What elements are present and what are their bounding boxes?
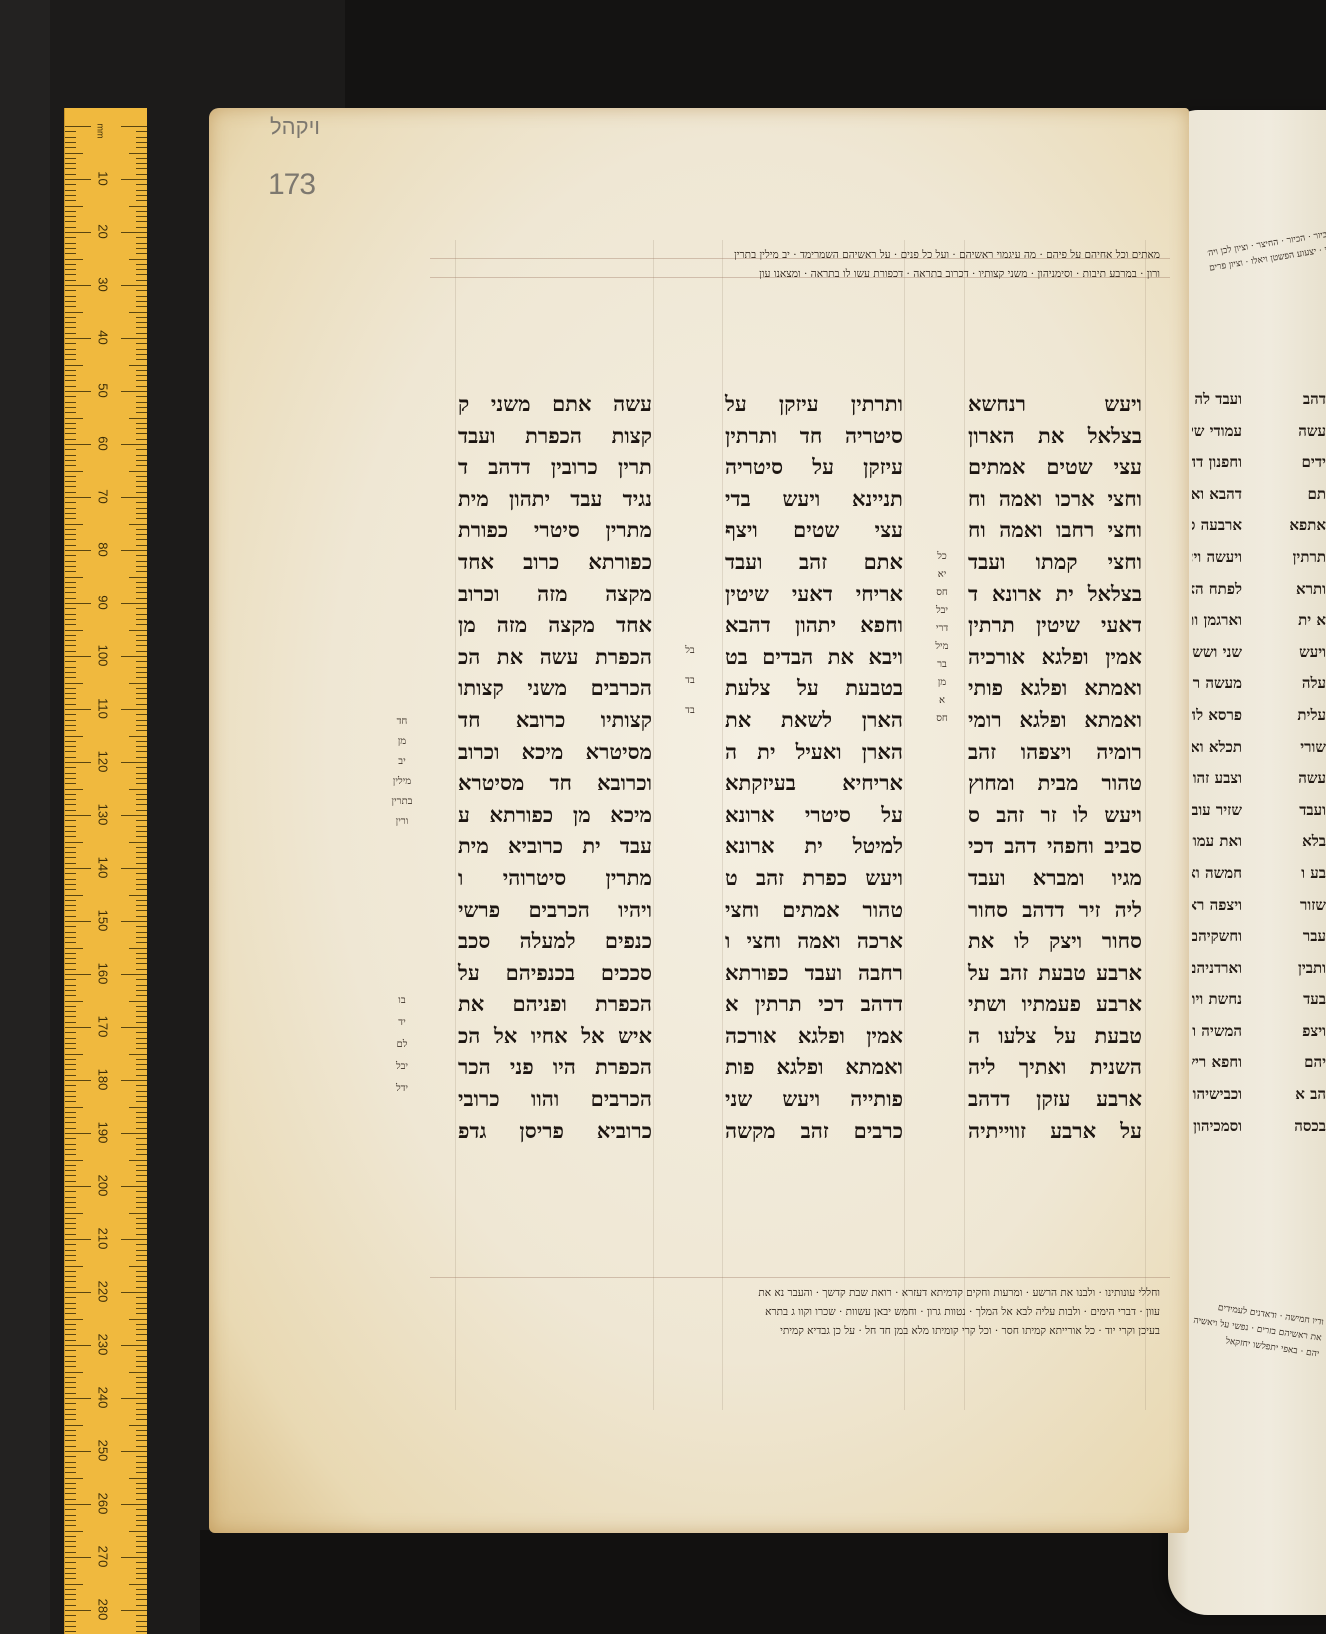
ruler-tick: [65, 910, 76, 911]
ruler-tick: [136, 640, 147, 641]
ruler-tick: [136, 349, 147, 350]
ruler-tick: [65, 227, 76, 228]
ruler-tick: [136, 216, 147, 217]
ruler-tick: [136, 831, 147, 832]
ruler-tick: [136, 863, 147, 864]
ruler-tick: [65, 778, 76, 779]
ruler-tick: [65, 1064, 76, 1065]
text-line: כרוביא פריסן גדפ: [458, 1115, 652, 1147]
ruling-line: [455, 240, 456, 1410]
ruling-line: [964, 240, 965, 1410]
ruler-tick: [136, 200, 147, 201]
ruler-tick: [136, 720, 147, 721]
masora-magna-bottom: וחללי עונותינו · ולבנו את הרשע · ומרעות …: [440, 1284, 1160, 1341]
ruler-tick: [136, 932, 147, 933]
ruler-tick: [136, 778, 147, 779]
ruler-tick: [136, 502, 147, 503]
ruler-tick: [65, 767, 76, 768]
ruler-label: 110: [96, 689, 111, 729]
ruler-tick: [136, 852, 147, 853]
ruler-tick: [65, 312, 83, 313]
margin-notes-middle-gutter: בלבדבד: [670, 636, 710, 726]
ruler-tick: [136, 1414, 147, 1415]
ruler-tick: [65, 365, 83, 366]
margin-note: יבל: [922, 602, 962, 620]
ruler-tick: [65, 529, 76, 530]
text-line: תניינא ויעש בדי: [725, 483, 903, 515]
ruler-tick: [65, 1276, 76, 1277]
ruler-tick: [65, 232, 91, 233]
ruler-tick: [65, 1032, 76, 1033]
ruler-tick: [136, 359, 147, 360]
ruler-tick: [136, 486, 147, 487]
ruler-tick: [65, 714, 76, 715]
ruler-tick: [136, 1515, 147, 1516]
ruler-tick: [65, 725, 76, 726]
ruler-tick: [65, 380, 76, 381]
ruler-tick: [136, 1038, 147, 1039]
ruler-tick: [65, 200, 76, 201]
ruler-tick: [136, 1144, 147, 1145]
text-line: קצותיו כרובא חד: [458, 704, 652, 736]
ruler-tick: [136, 730, 147, 731]
ruler-tick: [65, 587, 76, 588]
ruler-tick: [65, 1493, 76, 1494]
ruler-tick: [65, 757, 76, 758]
ruler-tick: [65, 502, 76, 503]
ruler-tick: [65, 1048, 76, 1049]
ruler-tick: [65, 327, 76, 328]
ruler-tick: [65, 158, 76, 159]
ruler-tick: [65, 1101, 76, 1102]
ruler-tick: [136, 651, 147, 652]
ruler-tick: [136, 1149, 147, 1150]
ruler-tick: [65, 290, 76, 291]
ruler-tick: [136, 990, 147, 991]
ruler-tick: [65, 1462, 76, 1463]
ruler-tick: [65, 423, 76, 424]
ruler-tick: [65, 1313, 76, 1314]
ruler-tick: [65, 1266, 83, 1267]
ruler-tick: [121, 126, 147, 127]
ruler-tick: [65, 688, 76, 689]
ruler-tick: [136, 810, 147, 811]
text-line: ויעש לו זר זהב ס: [968, 799, 1142, 831]
ruler-tick: [136, 237, 147, 238]
margin-note: מילין: [372, 772, 432, 792]
ruler-tick: [65, 391, 91, 392]
ruler-tick: [121, 1292, 147, 1293]
text-line: אמין ופלגא אורכיה: [968, 641, 1142, 673]
margin-note: חד: [372, 712, 432, 732]
masora-line: וחללי עונותינו · ולבנו את הרשע · ומרעות …: [440, 1284, 1160, 1303]
ruler-tick: [65, 1520, 76, 1521]
ruler-tick: [65, 1069, 76, 1070]
ruler-tick: [121, 1345, 147, 1346]
dark-cloth-edge: [0, 0, 50, 1634]
ruler-tick: [65, 789, 83, 790]
ruler-tick: [65, 412, 76, 413]
ruler-tick: [65, 1329, 76, 1330]
ruler-tick: [65, 471, 83, 472]
text-line: ארבע פעמתיו ושתי: [968, 988, 1142, 1020]
ruler-tick: [65, 879, 76, 880]
text-line: שזור: [1290, 890, 1326, 922]
ruler-tick: [65, 1578, 76, 1579]
ruler-tick: [65, 168, 76, 169]
text-column-right: ויעש רנחשאבצלאל את הארוןעצי שטים אמתיםוח…: [968, 388, 1142, 1146]
ruler-tick: [65, 561, 76, 562]
ruler-tick: [121, 709, 147, 710]
text-line: ועבד לה ארבע: [1192, 384, 1242, 416]
text-line: שזיר עובד: [1192, 795, 1242, 827]
ruler-tick: [65, 1175, 76, 1176]
ruler-tick: [65, 1377, 76, 1378]
text-line: אריחיא בעיזקתא: [725, 767, 903, 799]
ruler-tick: [65, 333, 76, 334]
ruler-tick: [65, 566, 76, 567]
ruler-tick: [65, 603, 91, 604]
ruler-tick: [129, 842, 147, 843]
ruler-tick: [136, 1483, 147, 1484]
text-line: טהור מבית ומחוץ: [968, 767, 1142, 799]
ruler-tick: [136, 1366, 147, 1367]
ruler-tick: [129, 418, 147, 419]
ruler-tick: [65, 1303, 76, 1304]
text-line: עשה אתם משני ק: [458, 388, 652, 420]
ruler-tick: [65, 672, 76, 673]
ruler-tick: [65, 539, 76, 540]
text-line: וארגמן ותולעת: [1192, 605, 1242, 637]
ruler-tick: [65, 842, 83, 843]
ruler-tick: [65, 444, 91, 445]
text-line: אחד מקצה מזה מן: [458, 609, 652, 641]
masora-line: בעיכן וקרי יוד · כל אורייתא קמיתו חסר · …: [440, 1322, 1160, 1341]
ruler-tick: [121, 1239, 147, 1240]
ruler-tick: [136, 555, 147, 556]
ruler-tick: [65, 1324, 76, 1325]
ruler-tick: [136, 1091, 147, 1092]
ruler-tick: [136, 635, 147, 636]
ruler-tick: [121, 497, 147, 498]
text-line: נגיד עבד יתהון מית: [458, 483, 652, 515]
ruler-tick: [136, 1599, 147, 1600]
ruler-tick: [136, 598, 147, 599]
ruler-tick: [136, 1281, 147, 1282]
ruler-tick: [136, 979, 147, 980]
ruler-tick: [65, 259, 83, 260]
ruler-tick: [65, 1271, 76, 1272]
ruler-tick: [65, 1446, 76, 1447]
ruler-label: 50: [96, 371, 111, 411]
ruler-tick: [136, 343, 147, 344]
ruler-tick: [65, 1016, 76, 1017]
text-line: איש אל אחיו אל הכ: [458, 1020, 652, 1052]
ruler-tick: [65, 1197, 76, 1198]
ruler-tick: [136, 1340, 147, 1341]
ruler-tick: [136, 836, 147, 837]
text-column-middle: ותרתין עיזקן עלסיטריה חד ותרתיןעיזקן על …: [725, 388, 903, 1146]
ruler-tick: [136, 539, 147, 540]
ruler-tick: [136, 1377, 147, 1378]
ruler-label: 80: [96, 530, 111, 570]
ruler-tick: [65, 1536, 76, 1537]
ruler-tick: [136, 1117, 147, 1118]
ruler-tick: [129, 153, 147, 154]
ruler-tick: [121, 1451, 147, 1452]
ruler-tick: [136, 1048, 147, 1049]
ruler-tick: [65, 269, 76, 270]
ruler-tick: [65, 1308, 76, 1309]
ruler-tick: [136, 174, 147, 175]
ruler-tick: [65, 497, 91, 498]
ruler-tick: [65, 375, 76, 376]
ruler-tick: [136, 953, 147, 954]
text-line: סככים בכנפיהם על: [458, 957, 652, 989]
ruler-tick: [65, 868, 91, 869]
ruler-tick: [65, 439, 76, 440]
ruler-tick: [136, 688, 147, 689]
ruler-tick: [136, 693, 147, 694]
ruler-tick: [65, 645, 76, 646]
ruler-tick: [65, 958, 76, 959]
ruler-label: 170: [96, 1007, 111, 1047]
ruler-tick: [65, 513, 76, 514]
ruler-tick: [65, 1054, 83, 1055]
text-line: ארבעה סמכין: [1192, 510, 1242, 542]
ruler-tick: [65, 1022, 76, 1023]
text-line: הכפרת עשה את הכ: [458, 641, 652, 673]
text-line: מקצה מזה וכרוב: [458, 578, 652, 610]
ruler-tick: [65, 243, 76, 244]
text-line: נחשת וית: [1192, 984, 1242, 1016]
ruler-tick: [129, 1478, 147, 1479]
ruler-tick: [65, 465, 76, 466]
text-line: רומיה ויצפהו זהב: [968, 736, 1142, 768]
margin-note: מן: [922, 674, 962, 692]
masora-magna-top: מאתים וכל אחיהם על פיהם · מה עיגמוי ראשי…: [440, 246, 1160, 284]
ruler-label: 10: [96, 159, 111, 199]
ruler-label: 70: [96, 477, 111, 517]
ruler-tick: [121, 338, 147, 339]
ruler-tick: [65, 1244, 76, 1245]
ruler-tick: [129, 736, 147, 737]
margin-note: לם: [372, 1034, 432, 1056]
ruler-label: 130: [96, 795, 111, 835]
ruler-tick: [65, 306, 76, 307]
ruler-tick: [65, 916, 76, 917]
ruler-tick: [65, 1191, 76, 1192]
ruler-label: 260: [96, 1484, 111, 1524]
ruler-tick: [65, 211, 76, 212]
text-line: סחור ויצק לו את: [968, 925, 1142, 957]
ruler-tick: [121, 1398, 147, 1399]
ruler-tick: [65, 163, 76, 164]
text-line: בצלאל ית ארונא ד: [968, 578, 1142, 610]
ruler-tick: [136, 534, 147, 535]
ruler-tick: [65, 216, 76, 217]
ruler-tick: [136, 1493, 147, 1494]
ruler-tick: [65, 1091, 76, 1092]
ruler-label: 100: [96, 636, 111, 676]
ruler-tick: [136, 402, 147, 403]
ruler-tick: [136, 958, 147, 959]
text-line: ארבע עזקן דדהב: [968, 1083, 1142, 1115]
ruler-tick: [129, 1213, 147, 1214]
ruler-tick: [65, 932, 76, 933]
ruler-tick: [136, 1350, 147, 1351]
ruler-tick: [65, 1292, 91, 1293]
ruler-tick: [65, 1488, 76, 1489]
ruler-tick: [136, 1075, 147, 1076]
ruler-tick: [136, 1578, 147, 1579]
ruler-label: 20: [96, 212, 111, 252]
ruler-tick: [136, 407, 147, 408]
ruler-tick: [65, 338, 91, 339]
ruler-tick: [136, 1223, 147, 1224]
ruler-tick: [136, 969, 147, 970]
text-line: עשה: [1290, 763, 1326, 795]
facing-text-column-b: דהבעשהידיםתםאתפאתרתיןותראא יתויעשעלהעלית…: [1290, 384, 1326, 1142]
margin-note: בו: [372, 990, 432, 1012]
ruler-tick: [65, 884, 76, 885]
ruler-tick: [65, 598, 76, 599]
ruler-tick: [65, 1239, 91, 1240]
ruler-tick: [136, 1128, 147, 1129]
ruler-tick: [136, 1621, 147, 1622]
ruler-tick: [136, 545, 147, 546]
text-line: כפורתא כרוב אחד: [458, 546, 652, 578]
text-line: תרתין: [1290, 542, 1326, 574]
ruler-tick: [136, 1409, 147, 1410]
ruler-tick: [136, 1435, 147, 1436]
ruler-tick: [65, 1250, 76, 1251]
ruler-tick: [65, 508, 76, 509]
ruler-tick: [136, 1430, 147, 1431]
ruler-tick: [136, 1589, 147, 1590]
text-line: הארן ואעיל ית ה: [725, 736, 903, 768]
ruler-tick: [136, 1329, 147, 1330]
ruler-tick: [65, 1515, 76, 1516]
ruler-label: 90: [96, 583, 111, 623]
text-line: ויעש: [1290, 637, 1326, 669]
text-line: טבעת על צלעו ה: [968, 1020, 1142, 1052]
ruler-tick: [65, 137, 76, 138]
ruler-tick: [136, 269, 147, 270]
text-line: וחצי רחבו ואמה וח: [968, 514, 1142, 546]
ruler-tick: [65, 296, 76, 297]
text-line: ליה זיר דדהב סחור: [968, 894, 1142, 926]
ruler-tick: [136, 1626, 147, 1627]
ruler-tick: [136, 1006, 147, 1007]
ruler-tick: [136, 190, 147, 191]
ruler-tick: [65, 1096, 76, 1097]
ruler-tick: [65, 831, 76, 832]
ruler-tick: [136, 741, 147, 742]
masora-line: עוון · דברי הימים · ולבות עליה לבא אל המ…: [440, 1303, 1160, 1322]
ruler-tick: [129, 1319, 147, 1320]
ruler-tick: [65, 826, 76, 827]
ruler-tick: [136, 566, 147, 567]
ruler-tick: [65, 693, 76, 694]
ruler-tick: [136, 163, 147, 164]
ruler-tick: [65, 481, 76, 482]
ruler-tick: [136, 396, 147, 397]
ruler-tick: [136, 1446, 147, 1447]
ruler-tick: [136, 1525, 147, 1526]
margin-note: כל: [922, 548, 962, 566]
ruler-tick: [136, 386, 147, 387]
ruler-tick: [121, 603, 147, 604]
ruler-tick: [65, 1228, 76, 1229]
ruler-tick: [65, 1340, 76, 1341]
ruler-tick: [136, 529, 147, 530]
ruler-tick: [65, 1472, 76, 1473]
ruler-tick: [65, 492, 76, 493]
ruling-line: [430, 1277, 1170, 1278]
ruler-tick: [136, 1536, 147, 1537]
ruler-tick: [136, 889, 147, 890]
text-line: תרין כרובין דדהב ד: [458, 451, 652, 483]
ruler-tick: [65, 179, 91, 180]
ruler-tick: [65, 1626, 76, 1627]
text-line: הכפרת היו פני הכר: [458, 1051, 652, 1083]
ruler-tick: [136, 1234, 147, 1235]
ruler-tick: [65, 773, 76, 774]
ruler-tick: [65, 248, 76, 249]
margin-note: יא: [922, 566, 962, 584]
text-line: וארדניהם חמ: [1192, 953, 1242, 985]
ruler-tick: [129, 1425, 147, 1426]
text-line: ידים: [1290, 447, 1326, 479]
ruler-tick: [65, 1610, 91, 1611]
ruler-tick: [136, 1356, 147, 1357]
ruler-tick: [65, 1499, 76, 1500]
ruler-label: 200: [96, 1166, 111, 1206]
ruler-tick: [121, 815, 147, 816]
text-line: תכלא וארג: [1192, 732, 1242, 764]
ruler-tick: [65, 518, 76, 519]
ruler-label: 160: [96, 954, 111, 994]
ruler-tick: [136, 1324, 147, 1325]
ruler-tick: [65, 1144, 76, 1145]
ruler-tick: [129, 683, 147, 684]
ruler-tick: [136, 195, 147, 196]
ruler-tick: [136, 1255, 147, 1256]
ruler-tick: [136, 1615, 147, 1616]
ruler-tick: [65, 1387, 76, 1388]
ruler-tick: [65, 656, 91, 657]
ruler-tick: [65, 624, 76, 625]
ruler-tick: [65, 147, 76, 148]
text-line: עבר: [1290, 921, 1326, 953]
text-line: סיטריה חד ותרתין: [725, 420, 903, 452]
text-line: ויעשה ויעש: [1192, 542, 1242, 574]
ruler-tick: [136, 1059, 147, 1060]
ruler-tick: [65, 730, 76, 731]
ruler-tick: [65, 1541, 76, 1542]
ruler-tick: [65, 524, 83, 525]
ruler-tick: [65, 1599, 76, 1600]
ruler-tick: [136, 1393, 147, 1394]
ruler-tick: [136, 280, 147, 281]
margin-note: בד: [670, 696, 710, 726]
ruler-tick: [136, 1165, 147, 1166]
ruler-tick: [65, 1525, 76, 1526]
text-line: עמודי שיטין: [1192, 416, 1242, 448]
ruler-tick: [65, 577, 83, 578]
ruler-tick: [136, 1382, 147, 1383]
